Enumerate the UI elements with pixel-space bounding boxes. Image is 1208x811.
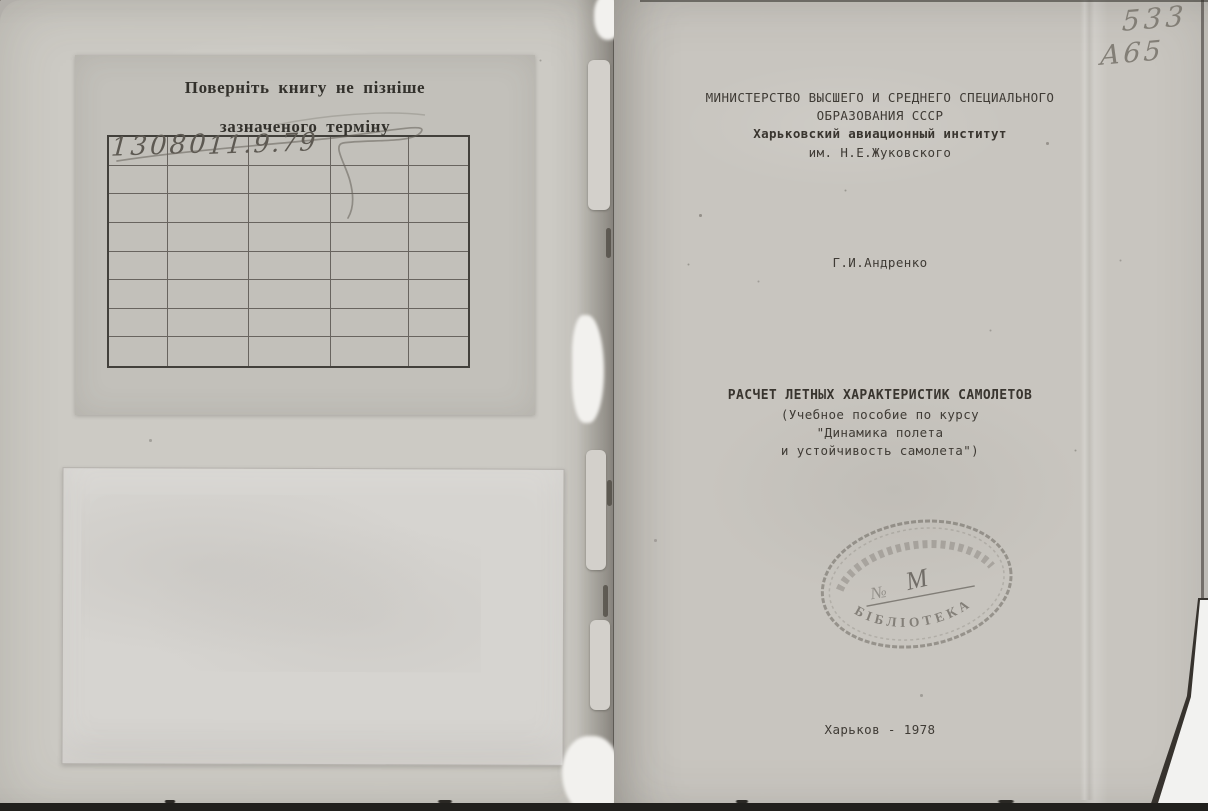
slip-table-cell xyxy=(168,280,249,309)
slip-header-line1: Поверніть книгу не пізніше xyxy=(85,78,525,98)
slip-table-cell xyxy=(409,337,468,366)
ministry-line2: ОБРАЗОВАНИЯ СССР xyxy=(660,108,1100,123)
spine-paper-flap xyxy=(590,620,610,710)
slip-table-cell xyxy=(109,166,168,195)
due-date-table xyxy=(107,135,470,368)
slip-table-cell xyxy=(331,309,409,338)
binding-stitch xyxy=(603,585,608,617)
slip-table-cell xyxy=(249,337,331,366)
pencil-author-mark: А65 xyxy=(1099,35,1164,72)
slip-table-cell xyxy=(168,309,249,338)
handwritten-accession-number: 13080 xyxy=(110,129,210,163)
slip-table-cell xyxy=(109,309,168,338)
slip-table-cell xyxy=(331,194,409,223)
slip-table-cell xyxy=(109,223,168,252)
slip-table-cell xyxy=(249,166,331,195)
book-subtitle-line1: (Учебное пособие по курсу xyxy=(660,407,1100,422)
slip-table-cell xyxy=(168,337,249,366)
slip-table-cell xyxy=(249,223,331,252)
slip-table-cell xyxy=(109,280,168,309)
slip-table-cell xyxy=(331,137,409,166)
book-subtitle-line3: и устойчивость самолета") xyxy=(660,443,1100,458)
left-page: Поверніть книгу не пізніше зазначеного т… xyxy=(0,0,614,811)
slip-table-cell xyxy=(331,252,409,281)
return-slip: Поверніть книгу не пізніше зазначеного т… xyxy=(75,55,535,415)
slip-table-cell xyxy=(249,194,331,223)
imprint-city-year: Харьков - 1978 xyxy=(660,722,1100,737)
slip-table-cell xyxy=(168,166,249,195)
slip-table-cell xyxy=(109,194,168,223)
slip-table-cell xyxy=(249,280,331,309)
spine-paper-flap xyxy=(586,450,606,570)
slip-table-cell xyxy=(409,194,468,223)
book-title: РАСЧЕТ ЛЕТНЫХ ХАРАКТЕРИСТИК САМОЛЕТОВ xyxy=(660,388,1100,403)
institute-line: Харьковский авиационный институт xyxy=(660,126,1100,141)
slip-table-cell xyxy=(331,166,409,195)
slip-table-cell xyxy=(109,337,168,366)
slip-table-cell xyxy=(409,252,468,281)
slip-table-cell xyxy=(331,223,409,252)
binding-stitch xyxy=(606,228,611,258)
binding-stitch xyxy=(607,480,612,506)
paper-stain xyxy=(674,60,1014,190)
book-scan: Поверніть книгу не пізніше зазначеного т… xyxy=(0,0,1208,811)
slip-table-cell xyxy=(249,252,331,281)
slip-table-cell xyxy=(249,309,331,338)
book-pocket xyxy=(61,467,564,766)
slip-table-cell xyxy=(168,194,249,223)
slip-table-cell xyxy=(168,223,249,252)
slip-table-cell xyxy=(331,337,409,366)
slip-table-cell xyxy=(109,252,168,281)
stamp-number-label: № xyxy=(868,582,888,603)
slip-table-cell xyxy=(331,280,409,309)
author-name: Г.И.Андренко xyxy=(660,255,1100,270)
scan-bottom-edge xyxy=(0,803,1208,811)
institute-name-line: им. Н.Е.Жуковского xyxy=(660,145,1100,160)
library-stamp: БІБЛІОТЕКА № М xyxy=(801,491,1033,682)
book-subtitle-line2: "Динамика полета xyxy=(660,425,1100,440)
handwritten-due-date: 11.9.79 xyxy=(207,127,318,160)
pencil-class-number: 533 xyxy=(1121,0,1188,38)
ministry-line1: МИНИСТЕРСТВО ВЫСШЕГО И СРЕДНЕГО СПЕЦИАЛЬ… xyxy=(660,90,1100,105)
slip-table-cell xyxy=(409,166,468,195)
scan-top-edge xyxy=(640,0,1208,2)
paper-specks xyxy=(0,0,1,1)
slip-table-cell xyxy=(168,252,249,281)
slip-table-cell xyxy=(409,223,468,252)
slip-table-cell xyxy=(409,137,468,166)
slip-table-cell xyxy=(409,309,468,338)
spine-paper-flap xyxy=(588,60,610,210)
stamp-handwritten-letter: М xyxy=(902,563,932,597)
slip-table-cell xyxy=(409,280,468,309)
spine-tear xyxy=(572,315,604,423)
